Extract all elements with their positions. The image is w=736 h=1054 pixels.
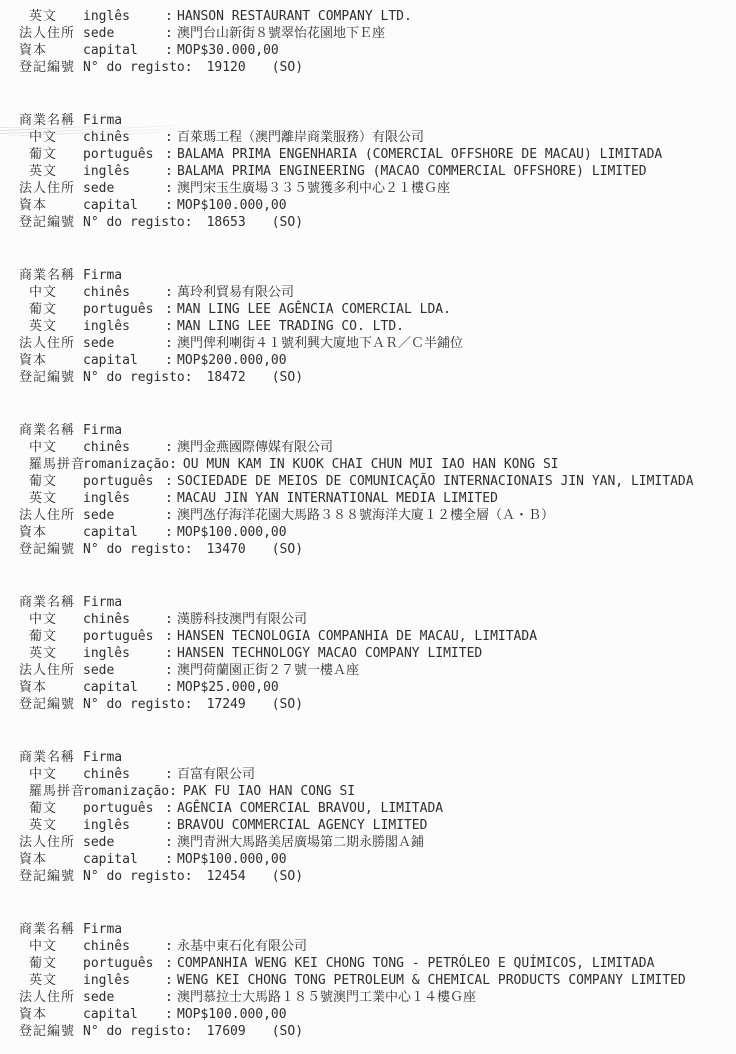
label-pt: capital (83, 679, 165, 696)
label-zh: 中文 (19, 439, 83, 456)
colon-separator: : (165, 146, 177, 163)
label-pt: sede (83, 989, 165, 1006)
romanization-row: 羅馬拼音romanização:PAK FU IAO HAN CONG SI (0, 783, 736, 800)
colon-separator: : (165, 301, 177, 318)
label-pt: capital (83, 42, 165, 59)
label-zh: 葡文 (19, 146, 83, 163)
address-row: 法人住所sede:澳門俾利喇街４１號利興大廈地下ＡＲ／Ｃ半鋪位 (0, 335, 736, 352)
label-pt: sede (83, 662, 165, 679)
address-value: 澳門俾利喇街４１號利興大廈地下ＡＲ／Ｃ半鋪位 (177, 335, 463, 352)
label-pt: português (83, 800, 165, 817)
firma-header-row: 商業名稱Firma (0, 267, 736, 284)
label-pt: português (83, 146, 165, 163)
label-pt: sede (83, 834, 165, 851)
english-name-value: HANSON RESTAURANT COMPANY LTD. (177, 8, 412, 25)
portuguese-name-row: 葡文português:MAN LING LEE AGÊNCIA COMERCI… (0, 301, 736, 318)
label-zh: 資本 (19, 679, 83, 696)
label-zh: 資本 (19, 197, 83, 214)
registration-number: 17249 (207, 696, 246, 713)
label-pt: Firma (83, 749, 165, 766)
label-pt: chinês (83, 938, 165, 955)
english-name-row: 英文inglês:HANSEN TECHNOLOGY MACAO COMPANY… (0, 645, 736, 662)
english-name-value: BALAMA PRIMA ENGINEERING (MACAO COMMERCI… (177, 163, 647, 180)
label-zh: 羅馬拼音 (19, 783, 83, 800)
label-zh: 登記編號 (19, 369, 83, 386)
registration-suffix: (SO) (272, 369, 303, 386)
registration-row: 登記編號N° do registo:18653(SO) (0, 214, 736, 231)
colon-separator: : (165, 938, 177, 955)
label-zh: 中文 (19, 938, 83, 955)
label-zh: 中文 (19, 766, 83, 783)
label-pt: Firma (83, 112, 165, 129)
registration-number: 18653 (207, 214, 246, 231)
registration-suffix: (SO) (272, 696, 303, 713)
label-zh: 英文 (19, 972, 83, 989)
label-pt: N° do registo: (83, 696, 193, 713)
capital-value: MOP$200.000,00 (177, 352, 287, 369)
registry-entry: 商業名稱Firma中文chinês:百富有限公司羅馬拼音romanização:… (0, 749, 736, 885)
registration-suffix: (SO) (272, 541, 303, 558)
colon-separator: : (165, 352, 177, 369)
label-zh: 法人住所 (19, 25, 83, 42)
colon-separator: : (165, 473, 177, 490)
label-zh: 登記編號 (19, 868, 83, 885)
label-pt: N° do registo: (83, 369, 193, 386)
registry-entry: 商業名稱Firma中文chinês:百萊瑪工程（澳門離岸商業服務）有限公司葡文p… (0, 112, 736, 231)
colon-separator: : (165, 1006, 177, 1023)
label-zh: 英文 (19, 163, 83, 180)
capital-value: MOP$100.000,00 (177, 1006, 287, 1023)
colon-separator: : (165, 180, 177, 197)
label-zh: 葡文 (19, 473, 83, 490)
english-name-value: MAN LING LEE TRADING CO. LTD. (177, 318, 404, 335)
label-zh: 葡文 (19, 955, 83, 972)
registration-number: 13470 (207, 541, 246, 558)
label-pt: capital (83, 1006, 165, 1023)
label-pt: N° do registo: (83, 541, 193, 558)
capital-row: 資本capital:MOP$100.000,00 (0, 197, 736, 214)
firma-header-row: 商業名稱Firma (0, 921, 736, 938)
english-name-value: MACAU JIN YAN INTERNATIONAL MEDIA LIMITE… (177, 490, 498, 507)
address-row: 法人住所sede:澳門宋玉生廣場３３５號獲多利中心２１樓Ｇ座 (0, 180, 736, 197)
address-value: 澳門慕拉士大馬路１８５號澳門工業中心１４樓Ｇ座 (177, 989, 476, 1006)
registration-row: 登記編號N° do registo:17249(SO) (0, 696, 736, 713)
registration-row: 登記編號N° do registo:13470(SO) (0, 541, 736, 558)
colon-separator: : (165, 129, 177, 146)
label-pt: inglês (83, 817, 165, 834)
label-pt: sede (83, 507, 165, 524)
english-name-row: 英文inglês:BRAVOU COMMERCIAL AGENCY LIMITE… (0, 817, 736, 834)
address-row: 法人住所sede:澳門氹仔海洋花園大馬路３８８號海洋大廈１２樓全層（Ａ・Ｂ） (0, 507, 736, 524)
capital-row: 資本capital:MOP$200.000,00 (0, 352, 736, 369)
chinese-name-value: 澳門金燕國際傳媒有限公司 (177, 439, 333, 456)
label-zh: 資本 (19, 524, 83, 541)
english-name-row: 英文inglês:BALAMA PRIMA ENGINEERING (MACAO… (0, 163, 736, 180)
chinese-name-row: 中文chinês:萬玲利貿易有限公司 (0, 284, 736, 301)
label-zh: 資本 (19, 352, 83, 369)
romanization-value: OU MUN KAM IN KUOK CHAI CHUN MUI IAO HAN… (183, 456, 559, 473)
registration-row: 登記編號N° do registo:19120(SO) (0, 59, 736, 76)
label-zh: 葡文 (19, 301, 83, 318)
registry-entry: 商業名稱Firma中文chinês:澳門金燕國際傳媒有限公司羅馬拼音romani… (0, 422, 736, 558)
portuguese-name-value: HANSEN TECNOLOGIA COMPANHIA DE MACAU, LI… (177, 628, 537, 645)
portuguese-name-row: 葡文português:COMPANHIA WENG KEI CHONG TON… (0, 955, 736, 972)
label-pt: N° do registo: (83, 1023, 193, 1040)
label-pt: sede (83, 335, 165, 352)
label-pt: português (83, 955, 165, 972)
colon-separator: : (165, 163, 177, 180)
capital-row: 資本capital:MOP$30.000,00 (0, 42, 736, 59)
label-pt: romanização: (83, 783, 177, 800)
colon-separator: : (165, 611, 177, 628)
label-pt: Firma (83, 422, 165, 439)
colon-separator: : (165, 800, 177, 817)
chinese-name-value: 百富有限公司 (177, 766, 255, 783)
registration-suffix: (SO) (272, 214, 303, 231)
label-pt: romanização: (83, 456, 177, 473)
label-zh: 登記編號 (19, 696, 83, 713)
portuguese-name-row: 葡文português:HANSEN TECNOLOGIA COMPANHIA … (0, 628, 736, 645)
label-zh: 英文 (19, 8, 83, 25)
chinese-name-row: 中文chinês:百富有限公司 (0, 766, 736, 783)
registration-suffix: (SO) (272, 1023, 303, 1040)
label-pt: chinês (83, 439, 165, 456)
colon-separator: : (165, 817, 177, 834)
label-zh: 英文 (19, 645, 83, 662)
label-zh: 登記編號 (19, 1023, 83, 1040)
label-zh: 法人住所 (19, 507, 83, 524)
colon-separator: : (165, 679, 177, 696)
english-name-value: HANSEN TECHNOLOGY MACAO COMPANY LIMITED (177, 645, 482, 662)
registration-suffix: (SO) (272, 868, 303, 885)
label-pt: inglês (83, 163, 165, 180)
address-value: 澳門青洲大馬路美居廣場第二期永勝閣Ａ鋪 (177, 834, 424, 851)
label-zh: 羅馬拼音 (19, 456, 83, 473)
label-zh: 葡文 (19, 800, 83, 817)
registry-entries: 英文inglês:HANSON RESTAURANT COMPANY LTD.法… (0, 8, 736, 1040)
label-pt: capital (83, 197, 165, 214)
colon-separator: : (165, 335, 177, 352)
colon-separator: : (165, 507, 177, 524)
registry-entry: 英文inglês:HANSON RESTAURANT COMPANY LTD.法… (0, 8, 736, 76)
colon-separator: : (165, 318, 177, 335)
colon-separator: : (165, 628, 177, 645)
colon-separator: : (165, 834, 177, 851)
portuguese-name-value: COMPANHIA WENG KEI CHONG TONG - PETRÓLEO… (177, 955, 654, 972)
label-pt: capital (83, 851, 165, 868)
address-value: 澳門氹仔海洋花園大馬路３８８號海洋大廈１２樓全層（Ａ・Ｂ） (177, 507, 554, 524)
label-zh: 登記編號 (19, 59, 83, 76)
firma-header-row: 商業名稱Firma (0, 749, 736, 766)
address-value: 澳門荷蘭園正街２７號一樓Ａ座 (177, 662, 359, 679)
registry-entry: 商業名稱Firma中文chinês:漢勝科技澳門有限公司葡文português:… (0, 594, 736, 713)
colon-separator: : (165, 42, 177, 59)
english-name-row: 英文inglês:MACAU JIN YAN INTERNATIONAL MED… (0, 490, 736, 507)
label-zh: 法人住所 (19, 180, 83, 197)
label-zh: 資本 (19, 851, 83, 868)
registration-number: 12454 (207, 868, 246, 885)
label-pt: sede (83, 25, 165, 42)
label-pt: N° do registo: (83, 868, 193, 885)
registry-entry: 商業名稱Firma中文chinês:永基中東石化有限公司葡文português:… (0, 921, 736, 1040)
label-pt: inglês (83, 8, 165, 25)
capital-value: MOP$100.000,00 (177, 197, 287, 214)
label-zh: 商業名稱 (19, 921, 83, 938)
label-pt: português (83, 628, 165, 645)
firma-header-row: 商業名稱Firma (0, 422, 736, 439)
label-zh: 英文 (19, 490, 83, 507)
registration-row: 登記編號N° do registo:18472(SO) (0, 369, 736, 386)
label-pt: inglês (83, 972, 165, 989)
colon-separator: : (165, 766, 177, 783)
chinese-name-row: 中文chinês:漢勝科技澳門有限公司 (0, 611, 736, 628)
english-name-value: WENG KEI CHONG TONG PETROLEUM & CHEMICAL… (177, 972, 686, 989)
label-zh: 葡文 (19, 628, 83, 645)
chinese-name-row: 中文chinês:永基中東石化有限公司 (0, 938, 736, 955)
portuguese-name-value: AGÊNCIA COMERCIAL BRAVOU, LIMITADA (177, 800, 443, 817)
capital-value: MOP$100.000,00 (177, 524, 287, 541)
registration-number: 17609 (207, 1023, 246, 1040)
capital-row: 資本capital:MOP$25.000,00 (0, 679, 736, 696)
colon-separator: : (165, 8, 177, 25)
colon-separator: : (165, 197, 177, 214)
address-row: 法人住所sede:澳門荷蘭園正街２７號一樓Ａ座 (0, 662, 736, 679)
label-zh: 英文 (19, 318, 83, 335)
label-zh: 登記編號 (19, 214, 83, 231)
portuguese-name-value: SOCIEDADE DE MEIOS DE COMUNICAÇÃO INTERN… (177, 473, 694, 490)
registration-row: 登記編號N° do registo:17609(SO) (0, 1023, 736, 1040)
colon-separator: : (165, 955, 177, 972)
label-pt: inglês (83, 490, 165, 507)
label-zh: 中文 (19, 611, 83, 628)
registry-entry: 商業名稱Firma中文chinês:萬玲利貿易有限公司葡文português:M… (0, 267, 736, 386)
english-name-row: 英文inglês:WENG KEI CHONG TONG PETROLEUM &… (0, 972, 736, 989)
label-pt: inglês (83, 318, 165, 335)
registry-document-page: 英文inglês:HANSON RESTAURANT COMPANY LTD.法… (0, 0, 736, 1054)
chinese-name-value: 漢勝科技澳門有限公司 (177, 611, 307, 628)
colon-separator: : (165, 524, 177, 541)
label-pt: português (83, 301, 165, 318)
chinese-name-row: 中文chinês:澳門金燕國際傳媒有限公司 (0, 439, 736, 456)
colon-separator: : (165, 645, 177, 662)
capital-row: 資本capital:MOP$100.000,00 (0, 524, 736, 541)
label-zh: 資本 (19, 42, 83, 59)
label-pt: Firma (83, 594, 165, 611)
english-name-row: 英文inglês:MAN LING LEE TRADING CO. LTD. (0, 318, 736, 335)
label-pt: chinês (83, 766, 165, 783)
label-pt: N° do registo: (83, 214, 193, 231)
chinese-name-value: 永基中東石化有限公司 (177, 938, 307, 955)
portuguese-name-row: 葡文português:SOCIEDADE DE MEIOS DE COMUNI… (0, 473, 736, 490)
english-name-row: 英文inglês:HANSON RESTAURANT COMPANY LTD. (0, 8, 736, 25)
address-value: 澳門宋玉生廣場３３５號獲多利中心２１樓Ｇ座 (177, 180, 450, 197)
label-pt: português (83, 473, 165, 490)
label-pt: chinês (83, 611, 165, 628)
address-value: 澳門台山新街８號翠怡花園地下Ｅ座 (177, 25, 385, 42)
registration-suffix: (SO) (272, 59, 303, 76)
portuguese-name-value: MAN LING LEE AGÊNCIA COMERCIAL LDA. (177, 301, 451, 318)
label-pt: chinês (83, 284, 165, 301)
colon-separator: : (165, 851, 177, 868)
chinese-name-value: 萬玲利貿易有限公司 (177, 284, 294, 301)
capital-value: MOP$30.000,00 (177, 42, 279, 59)
label-zh: 商業名稱 (19, 267, 83, 284)
label-zh: 中文 (19, 284, 83, 301)
portuguese-name-value: BALAMA PRIMA ENGENHARIA (COMERCIAL OFFSH… (177, 146, 662, 163)
firma-header-row: 商業名稱Firma (0, 112, 736, 129)
chinese-name-value: 百萊瑪工程（澳門離岸商業服務）有限公司 (177, 129, 424, 146)
registration-number: 18472 (207, 369, 246, 386)
label-zh: 中文 (19, 129, 83, 146)
address-row: 法人住所sede:澳門青洲大馬路美居廣場第二期永勝閣Ａ鋪 (0, 834, 736, 851)
address-row: 法人住所sede:澳門台山新街８號翠怡花園地下Ｅ座 (0, 25, 736, 42)
english-name-value: BRAVOU COMMERCIAL AGENCY LIMITED (177, 817, 427, 834)
label-zh: 法人住所 (19, 989, 83, 1006)
portuguese-name-row: 葡文português:AGÊNCIA COMERCIAL BRAVOU, LI… (0, 800, 736, 817)
colon-separator: : (165, 989, 177, 1006)
registration-row: 登記編號N° do registo:12454(SO) (0, 868, 736, 885)
portuguese-name-row: 葡文português:BALAMA PRIMA ENGENHARIA (COM… (0, 146, 736, 163)
label-zh: 資本 (19, 1006, 83, 1023)
capital-row: 資本capital:MOP$100.000,00 (0, 1006, 736, 1023)
label-zh: 法人住所 (19, 834, 83, 851)
label-pt: sede (83, 180, 165, 197)
label-pt: capital (83, 352, 165, 369)
colon-separator: : (165, 662, 177, 679)
label-zh: 法人住所 (19, 662, 83, 679)
label-pt: inglês (83, 645, 165, 662)
colon-separator: : (165, 25, 177, 42)
label-zh: 登記編號 (19, 541, 83, 558)
capital-value: MOP$25.000,00 (177, 679, 279, 696)
colon-separator: : (165, 972, 177, 989)
romanization-value: PAK FU IAO HAN CONG SI (183, 783, 355, 800)
label-zh: 商業名稱 (19, 594, 83, 611)
label-pt: capital (83, 524, 165, 541)
label-zh: 商業名稱 (19, 749, 83, 766)
colon-separator: : (165, 284, 177, 301)
label-pt: Firma (83, 921, 165, 938)
capital-row: 資本capital:MOP$100.000,00 (0, 851, 736, 868)
label-pt: Firma (83, 267, 165, 284)
label-pt: N° do registo: (83, 59, 193, 76)
label-zh: 法人住所 (19, 335, 83, 352)
registration-number: 19120 (207, 59, 246, 76)
romanization-row: 羅馬拼音romanização:OU MUN KAM IN KUOK CHAI … (0, 456, 736, 473)
colon-separator: : (165, 439, 177, 456)
chinese-name-row: 中文chinês:百萊瑪工程（澳門離岸商業服務）有限公司 (0, 129, 736, 146)
label-zh: 商業名稱 (19, 422, 83, 439)
colon-separator: : (165, 490, 177, 507)
label-pt: chinês (83, 129, 165, 146)
address-row: 法人住所sede:澳門慕拉士大馬路１８５號澳門工業中心１４樓Ｇ座 (0, 989, 736, 1006)
firma-header-row: 商業名稱Firma (0, 594, 736, 611)
capital-value: MOP$100.000,00 (177, 851, 287, 868)
label-zh: 英文 (19, 817, 83, 834)
label-zh: 商業名稱 (19, 112, 83, 129)
